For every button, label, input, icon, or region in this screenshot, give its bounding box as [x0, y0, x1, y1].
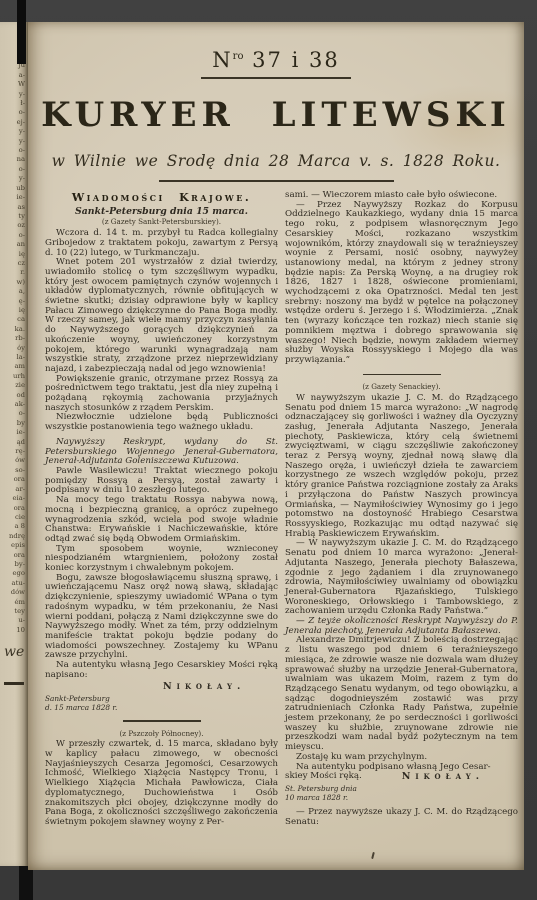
- paragraph: W przeszły czwartek, d. 15 marca, składa…: [45, 740, 278, 827]
- source-line: (z Pszczoły Północney).: [45, 729, 278, 739]
- source-line: (z Gazety Sankt-Petersburskiey).: [45, 217, 278, 227]
- paragraph: — W naywyższym ukazie J. C. M. do Rządzą…: [285, 539, 518, 617]
- adjacent-page-edge: e, ju a- W y- ł- o- ej- y- y- o- na o- y…: [0, 22, 28, 866]
- adjacent-page-rule: [4, 682, 24, 685]
- adjacent-page-text-fragments: e, ju a- W y- ł- o- ej- y- y- o- na o- y…: [0, 52, 25, 635]
- paragraph: W naywyższym ukazie J. C. M. do Rządzące…: [285, 394, 518, 540]
- article-columns: Wiadomości Krajowe. Sankt-Petersburg dni…: [28, 182, 524, 828]
- ink-smudge: [371, 852, 375, 859]
- section-heading: Wiadomości Krajowe.: [45, 193, 278, 203]
- right-column: sami. — Wieczorem miasto całe było oświe…: [285, 191, 518, 828]
- section-divider: [123, 720, 201, 722]
- paragraph: Tym sposobem woynie, wznieconey niespodz…: [45, 545, 278, 574]
- paragraph: Niezwłocznie udzielone będą Publiczności…: [45, 413, 278, 432]
- paragraph: Wczora d. 14 t. m. przybył tu Radca koll…: [45, 229, 278, 258]
- binding-shadow-top: [17, 0, 26, 64]
- article-dateline: Sankt-Petersburg dnia 15 marca.: [45, 207, 278, 217]
- masthead: Nro 37 i 38 KURYER LITEWSKI w Wilnie we …: [28, 22, 524, 182]
- closing-paragraph: — Przez naywyższe ukazy J. C. M. do Rząd…: [285, 808, 518, 827]
- paragraph: Na mocy tego traktatu Rossya nabywa nową…: [45, 496, 278, 545]
- scanned-newspaper-photo: e, ju a- W y- ł- o- ej- y- y- o- na o- y…: [0, 0, 537, 900]
- paragraph: Bogu, zawsze błogosławiącemu słuszną spr…: [45, 574, 278, 661]
- signature-dateline: Sankt-Petersburg d. 15 marca 1828 r.: [45, 694, 278, 712]
- source-line: (z Gazety Senackiey).: [285, 382, 518, 392]
- newspaper-page: Nro 37 i 38 KURYER LITEWSKI w Wilnie we …: [28, 22, 524, 870]
- section-divider: [363, 374, 441, 376]
- signature-dateline: St. Petersburg dnia 10 marca 1828 r.: [285, 784, 518, 802]
- adjacent-page-large-fragment: we: [4, 644, 24, 660]
- signature-row: skiey Mości ręką. Nikołay.: [285, 772, 518, 782]
- paragraph: Na autentyku własną Jego Cesarskiey Mośc…: [45, 661, 278, 680]
- left-column: Wiadomości Krajowe. Sankt-Petersburg dni…: [45, 191, 278, 828]
- signature-intro-tail: skiey Mości ręką.: [285, 772, 362, 782]
- reskrypt-note: — Z teyże okoliczności Reskrypt Naywyższ…: [285, 617, 518, 636]
- issue-prefix: N: [212, 48, 232, 72]
- issue-superscript: ro: [233, 51, 244, 62]
- issue-numbers: 37 i 38: [252, 48, 340, 72]
- paper-title: KURYER LITEWSKI: [28, 95, 524, 135]
- paragraph: Wnet potem 201 wystrzałów z dział twierd…: [45, 258, 278, 374]
- paragraph: Powiększenie granic, otrzymane przez Ros…: [45, 375, 278, 414]
- imperial-signature: Nikołay.: [402, 772, 484, 782]
- issue-number: Nro 37 i 38: [28, 48, 524, 72]
- issue-underline: [201, 77, 351, 79]
- binding-shadow-bottom: [19, 866, 33, 900]
- paragraph: Pawle Wasilewiczu! Traktat wiecznego pok…: [45, 467, 278, 496]
- paragraph: — Przez Naywyższy Rozkaz do Korpusu Oddz…: [285, 201, 518, 366]
- imperial-signature: Nikołay.: [163, 682, 278, 692]
- paragraph: Alexandrze Dmitrjewiczu! Z boleścią dost…: [285, 636, 518, 752]
- reskrypt-heading: Naywyższy Reskrypt, wydany do St. Peters…: [45, 438, 278, 467]
- paper-dateline: w Wilnie we Srodę dnia 28 Marca v. s. 18…: [28, 152, 524, 170]
